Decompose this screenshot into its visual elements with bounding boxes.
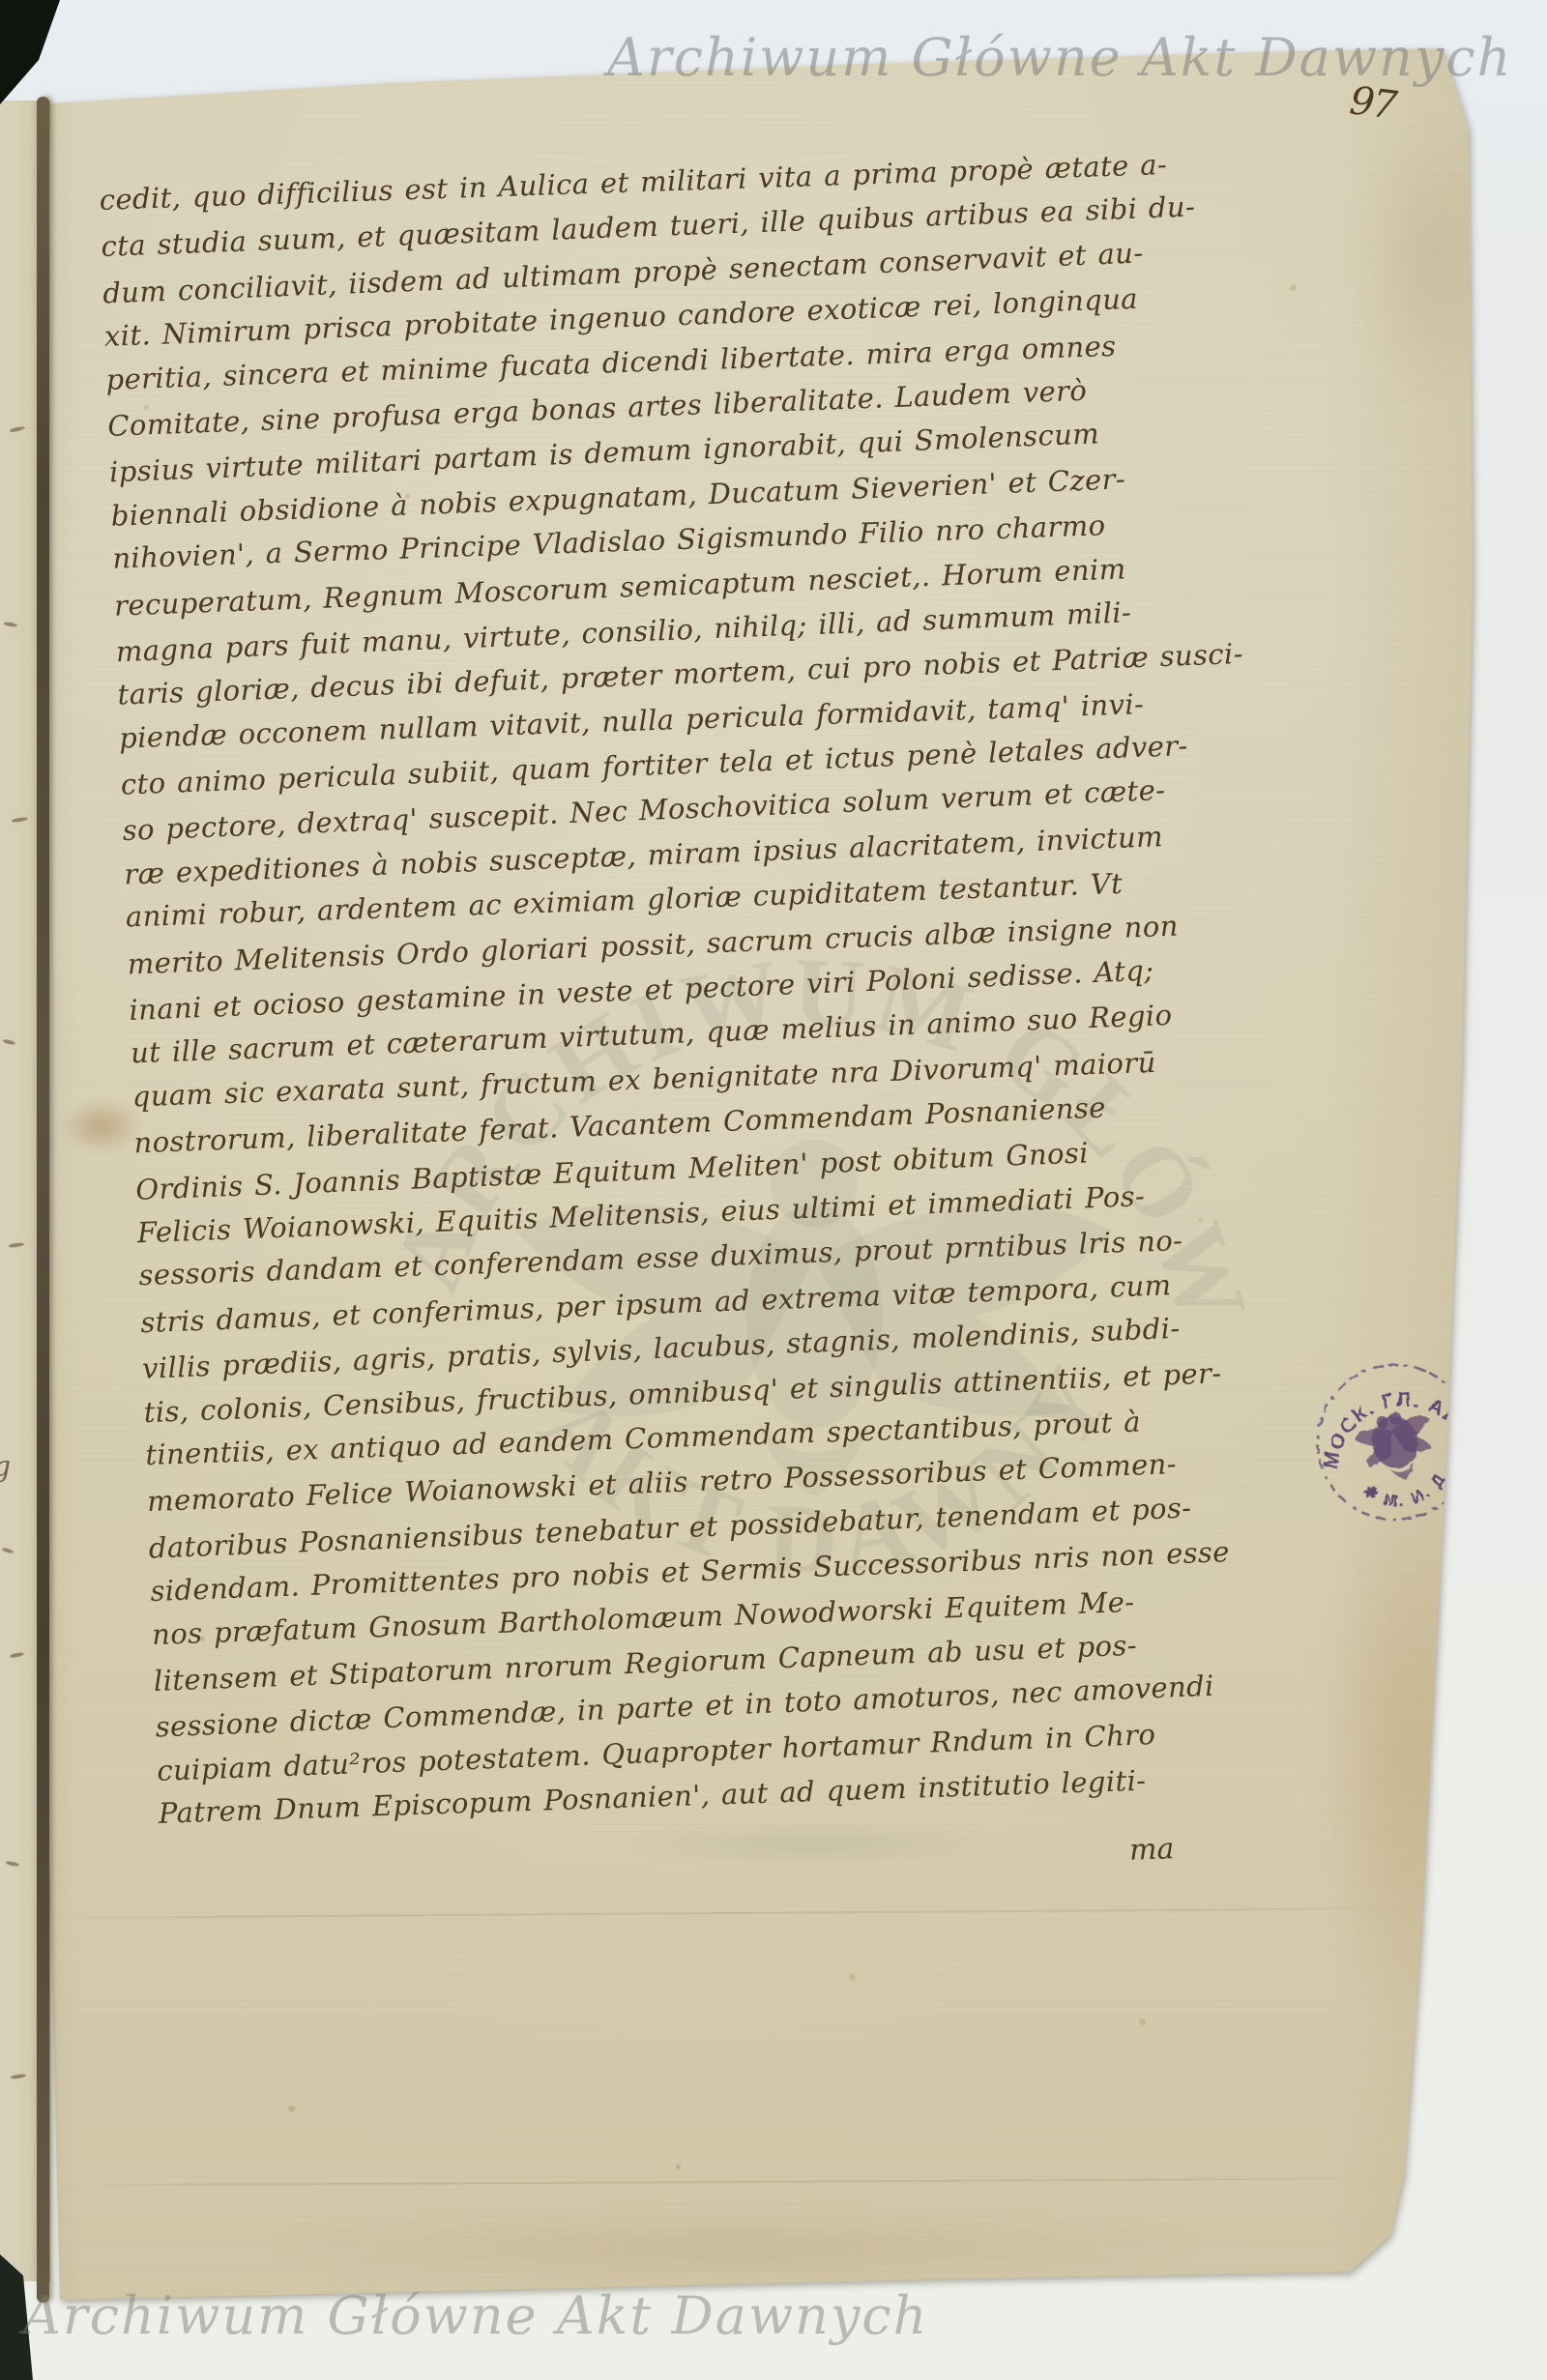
archive-ink-stamp: МОСК. ГЛ. АРХ. ✱ М. И. Д. ✱ — [1285, 1329, 1505, 1556]
manuscript-line: villis prædiis, agris, pratis, sylvis, l… — [141, 1297, 1391, 1391]
manuscript-line: merito Melitensis Ordo gloriari possit, … — [127, 896, 1377, 987]
manuscript-line: nihovien', a Sermo Principe Vladislao Si… — [112, 495, 1362, 582]
paper-crease — [54, 1907, 1412, 1919]
manuscript-line: magna pars fuit manu, virtute, consilio,… — [115, 581, 1365, 675]
manuscript-line: sessione dictæ Commendæ, in parte et in … — [155, 1656, 1405, 1750]
manuscript-line: cto animo pericula subiit, quam fortiter… — [120, 716, 1370, 807]
svg-text:ARCHIWUM GŁÓWNE: ARCHIWUM GŁÓWNE — [340, 824, 1270, 1343]
manuscript-line: biennali obsidione à nobis expugnatam, D… — [110, 448, 1360, 538]
manuscript-line: Ordinis S. Joannis Baptistæ Equitum Meli… — [134, 1118, 1385, 1212]
manuscript-line: tis, colonis, Censibus, fructibus, omnib… — [143, 1344, 1393, 1435]
manuscript-line: inani et ocioso gestamine in veste et pe… — [129, 940, 1379, 1033]
manuscript-line: tinentiis, ex antiquo ad eandem Commenda… — [145, 1391, 1395, 1478]
paper-stain — [1354, 116, 1508, 406]
stamp-text-top: МОСК. ГЛ. АРХ. — [1285, 1329, 1478, 1484]
manuscript-line: Comitate, sine profusa erga bonas artes … — [106, 358, 1357, 449]
manuscript-line: nos præfatum Gnosum Bartholomæum Nowodwo… — [151, 1570, 1401, 1657]
archive-emblem-watermark: ARCHIWUM GŁÓWNE AKT DAWNYCH — [340, 824, 1288, 1771]
archive-scan: g ARCHIWUM GŁÓWNE AKT DAWNYCH — [0, 0, 1547, 2380]
manuscript-line: nostrorum, liberalitate ferat. Vacantem … — [133, 1075, 1384, 1166]
folio-number: 97 — [1347, 78, 1397, 128]
stamp-text-bottom: ✱ М. И. Д. ✱ — [1285, 1329, 1464, 1535]
emblem-text-top: ARCHIWUM GŁÓWNE — [340, 824, 1270, 1343]
paper-stain — [1315, 1479, 1499, 2020]
emblem-text-bottom: AKT DAWNYCH — [340, 824, 1137, 1595]
manuscript-line: memorato Felice Woianowski et aliis retr… — [146, 1434, 1396, 1524]
stamp-eagle-icon — [1350, 1404, 1443, 1490]
manuscript-line: so pectore, dextraq' suscepit. Nec Mosch… — [122, 760, 1372, 854]
manuscript-line: xit. Nimirum prisca probitate ingenuo ca… — [103, 269, 1354, 360]
svg-text:AKT DAWNYCH: AKT DAWNYCH — [340, 824, 1137, 1595]
svg-text:✱ М. И. Д. ✱: ✱ М. И. Д. ✱ — [1285, 1329, 1464, 1535]
manuscript-line: litensem et Stipatorum nrorum Regiorum C… — [153, 1613, 1403, 1704]
manuscript-line: peritia, sincera et minime fucata dicend… — [105, 315, 1356, 402]
manuscript-line: ut ille sacrum et cæterarum virtutum, qu… — [130, 985, 1380, 1076]
manuscript-line: Patrem Dnum Episcopum Posnanien', aut ad… — [158, 1750, 1408, 1837]
manuscript-line: ræ expeditiones à nobis susceptæ, miram … — [123, 806, 1373, 897]
manuscript-text: cedit, quo difficilius est in Aulica et … — [99, 134, 1408, 1839]
manuscript-line: taris gloriæ, decus ibi defuit, præter m… — [117, 627, 1367, 718]
manuscript-line: Felicis Woianowski, Equitis Melitensis, … — [136, 1165, 1386, 1256]
binding-gutter — [37, 97, 49, 2303]
manuscript-line: sidendam. Promittentes pro nobis et Serm… — [150, 1524, 1400, 1614]
manuscript-line: piendæ occonem nullam vitavit, nulla per… — [118, 674, 1368, 761]
manuscript-line: recuperatum, Regnum Moscorum semicaptum … — [113, 537, 1363, 628]
catchword: ma — [1128, 1832, 1175, 1868]
manuscript-line: stris damus, et conferimus, per ipsum ad… — [139, 1255, 1389, 1346]
manuscript-line: quam sic exarata sunt, fructum ex benign… — [131, 1032, 1382, 1119]
paper-crease — [68, 2177, 1392, 2186]
emblem-eagle-icon — [515, 1140, 1112, 1495]
ink-bleedthrough — [619, 1823, 1006, 1866]
manuscript-line: cedit, quo difficilius est in Aulica et … — [99, 136, 1349, 223]
svg-text:МОСК. ГЛ. АРХ.: МОСК. ГЛ. АРХ. — [1285, 1329, 1478, 1484]
manuscript-line: dum conciliavit, iisdem ad ultimam propè… — [102, 222, 1352, 316]
manuscript-line: datoribus Posnaniensibus tenebatur et po… — [148, 1477, 1398, 1571]
manuscript-line: cuipiam datu²ros potestatem. Quapropter … — [156, 1702, 1406, 1793]
paper-stain — [60, 1098, 143, 1154]
paper-stain — [251, 2214, 1218, 2281]
manuscript-line: cta studia suum, et quæsitam laudem tuer… — [101, 179, 1351, 270]
page-shadow: ARCHIWUM GŁÓWNE AKT DAWNYCH — [0, 0, 1547, 2380]
manuscript-line: sessoris dandam et conferendam esse duxi… — [138, 1211, 1388, 1298]
manuscript-page: ARCHIWUM GŁÓWNE AKT DAWNYCH — [0, 0, 1547, 2380]
manuscript-line: ipsius virtute militari partam is demum … — [108, 401, 1358, 495]
manuscript-line: animi robur, ardentem ac eximiam gloriæ … — [125, 853, 1375, 940]
